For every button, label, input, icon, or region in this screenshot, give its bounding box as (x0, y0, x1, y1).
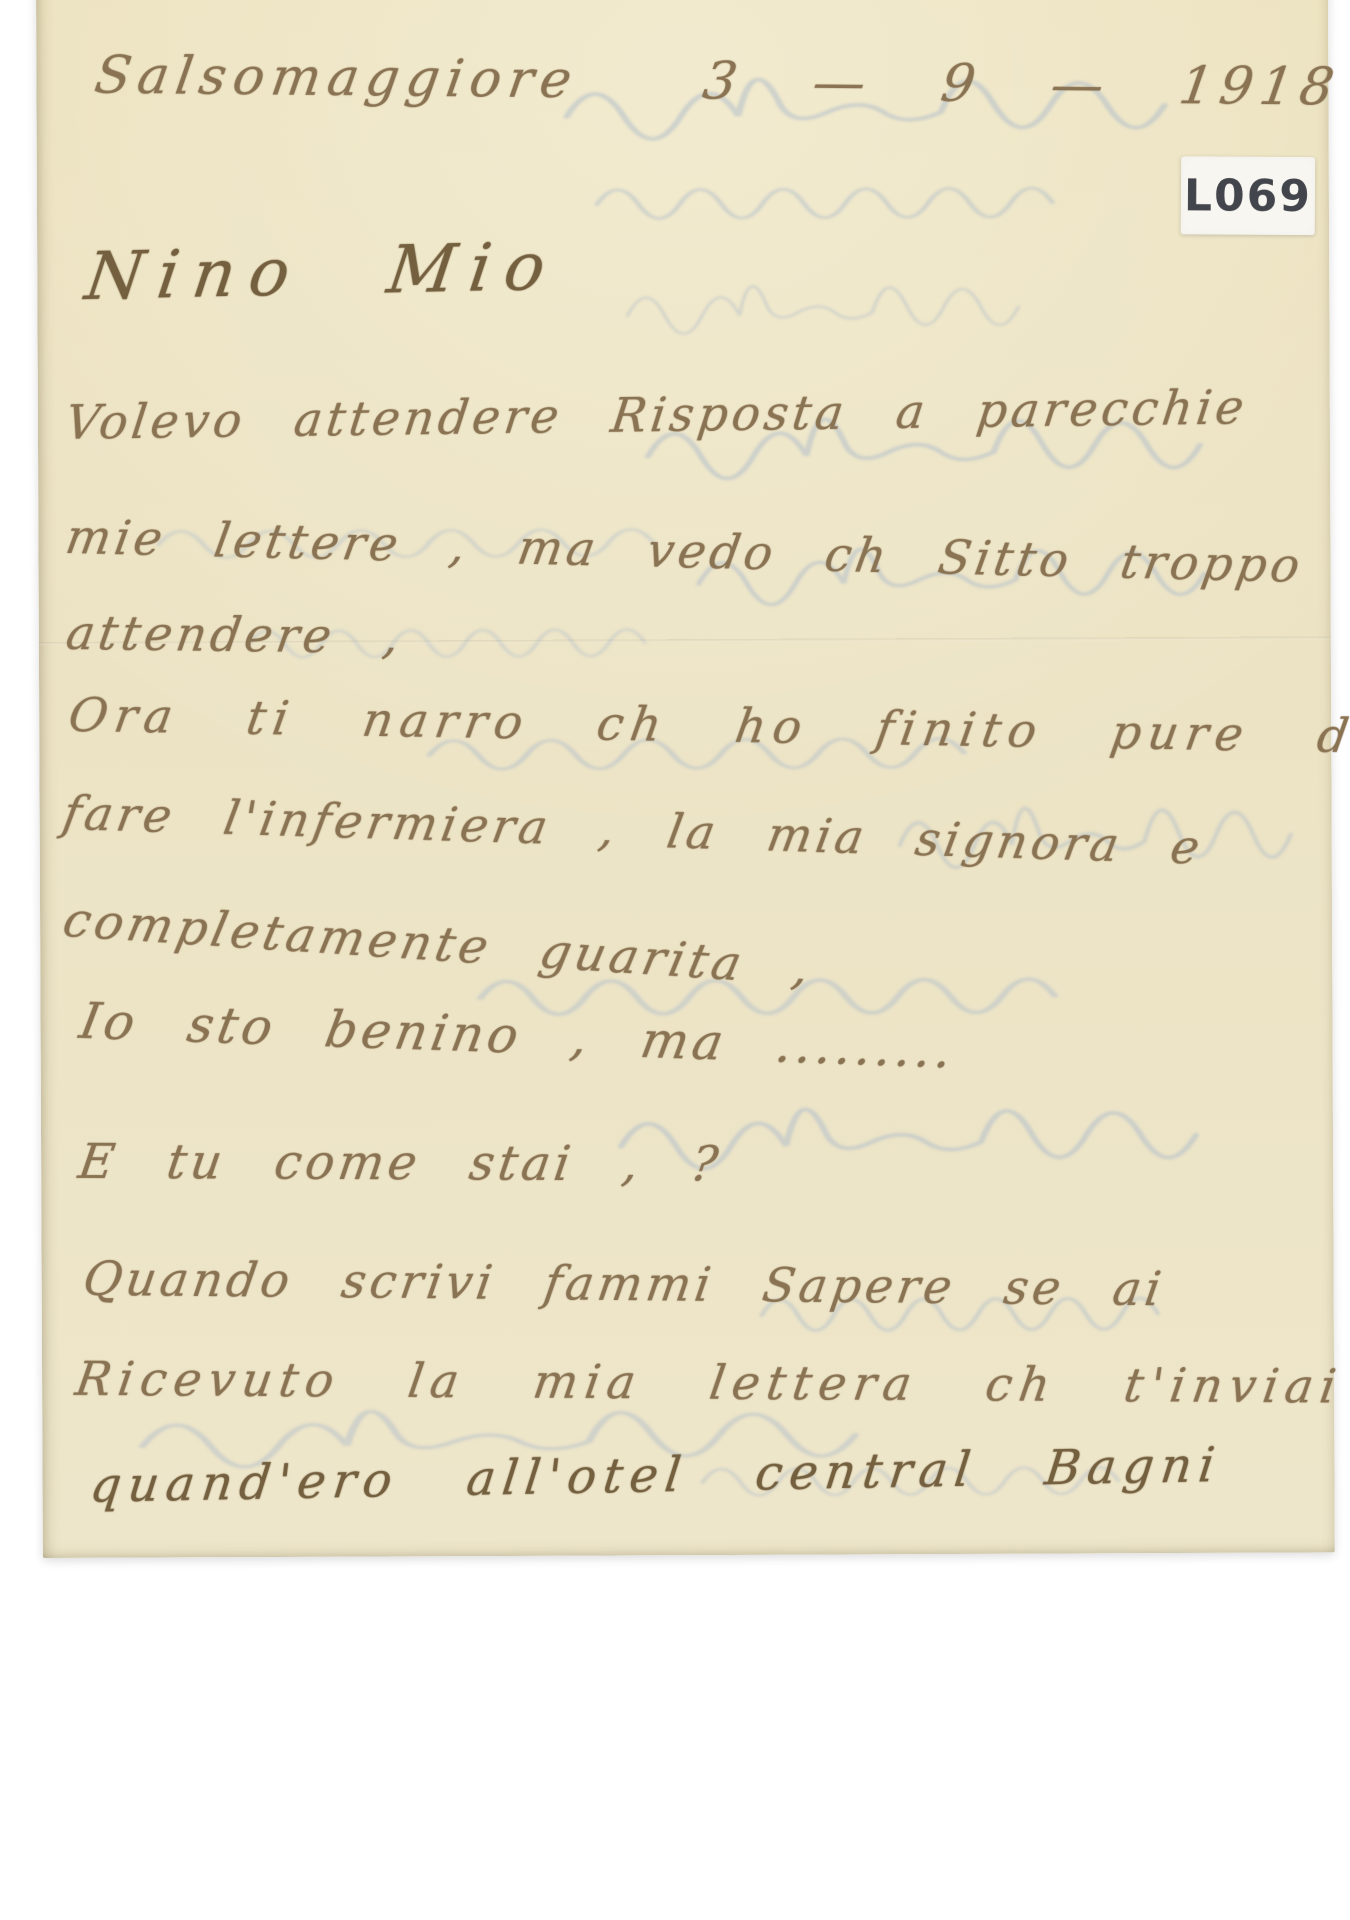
salutation: Nino Mio (81, 227, 564, 315)
handwritten-line: Ora ti narro ch ho finito pure di (65, 688, 1350, 765)
letter-paper: Salsomaggiore 3 — 9 — 1918 Ore 9. Sera L… (36, 0, 1335, 1558)
dateline: Salsomaggiore 3 — 9 — 1918 Ore 9. Sera (91, 46, 1350, 124)
handwritten-line: Io sto benino , ma ......... (75, 992, 960, 1079)
handwritten-line: Quando scrivi fammi Sapere se ai (80, 1252, 1169, 1317)
handwritten-line: mie lettere , ma vedo ch Sitto troppo (62, 510, 1308, 594)
dateline-place: Salsomaggiore (91, 46, 583, 111)
handwritten-line: completamente guarita , (58, 892, 818, 996)
handwritten-line: Ricevuto la mia lettera ch t'inviai (72, 1352, 1346, 1415)
handwritten-line: quand'ero all'otel central Bagni (87, 1437, 1225, 1514)
archive-label-text: L069 (1184, 170, 1312, 222)
handwritten-line: fare l'infermiera , la mia signora e (59, 786, 1208, 876)
archive-label-sticker: L069 (1181, 156, 1315, 235)
handwritten-line: E tu come stai , ? (75, 1134, 725, 1193)
scanned-letter: Salsomaggiore 3 — 9 — 1918 Ore 9. Sera L… (0, 0, 1350, 1920)
handwritten-line: Volevo attendere Risposta a parecchie (62, 380, 1250, 451)
handwritten-line: attendere , (63, 606, 407, 665)
dateline-date: 3 — 9 — 1918 (699, 52, 1345, 118)
